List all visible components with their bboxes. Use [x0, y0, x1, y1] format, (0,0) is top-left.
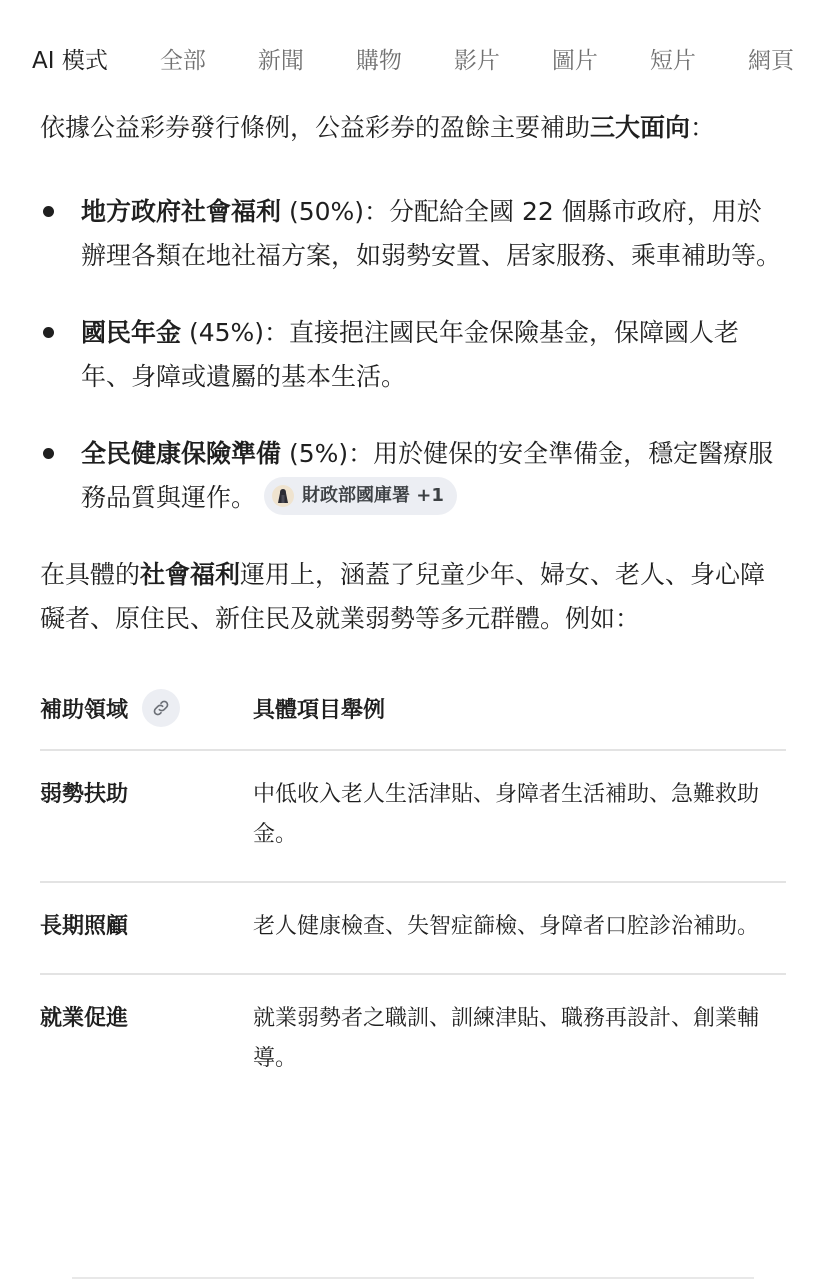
bullet-pct: (50%) [281, 197, 364, 226]
tab-ai-mode[interactable]: AI 模式 [32, 42, 108, 75]
table-header-row: 補助領域 具體項目舉例 [40, 691, 786, 751]
row-domain: 就業促進 [40, 999, 253, 1079]
welfare-paragraph: 在具體的社會福利運用上，涵蓋了兒童少年、婦女、老人、身心障礙者、原住民、新住民及… [40, 553, 786, 641]
row-examples: 就業弱勢者之職訓、訓練津貼、職務再設計、創業輔導。 [253, 999, 786, 1079]
search-tabs: AI 模式 全部 新聞 購物 影片 圖片 短片 網頁 [32, 40, 794, 76]
table-row: 長期照顧 老人健康檢查、失智症篩檢、身障者口腔診治補助。 [40, 883, 786, 975]
list-item: 國民年金 (45%)：直接挹注國民年金保險基金，保障國人老年、身障或遺屬的基本生… [40, 311, 786, 399]
list-item: 地方政府社會福利 (50%)：分配給全國 22 個縣市政府，用於辦理各類在地社福… [40, 190, 786, 278]
table-row: 弱勢扶助 中低收入老人生活津貼、身障者生活補助、急難救助金。 [40, 751, 786, 883]
bullet-dot-icon [43, 206, 54, 217]
welfare-bold: 社會福利 [140, 560, 240, 589]
intro-suffix: ： [690, 113, 715, 142]
tab-short-videos[interactable]: 短片 [650, 42, 696, 75]
bullet-title: 全民健康保險準備 [81, 439, 281, 468]
intro-paragraph: 依據公益彩券發行條例，公益彩券的盈餘主要補助三大面向： [40, 106, 786, 150]
bullet-title: 地方政府社會福利 [81, 197, 281, 226]
tab-videos[interactable]: 影片 [454, 42, 500, 75]
agency-favicon-icon [272, 485, 294, 507]
intro-text: 依據公益彩券發行條例，公益彩券的盈餘主要補助 [40, 113, 590, 142]
tab-web[interactable]: 網頁 [748, 42, 794, 75]
link-icon[interactable] [142, 689, 180, 727]
row-domain: 長期照顧 [40, 907, 253, 947]
table-row: 就業促進 就業弱勢者之職訓、訓練津貼、職務再設計、創業輔導。 [40, 975, 786, 1105]
row-examples: 中低收入老人生活津貼、身障者生活補助、急難救助金。 [253, 775, 786, 855]
intro-bold: 三大面向 [590, 113, 690, 142]
row-domain: 弱勢扶助 [40, 775, 253, 855]
bullet-pct: (5%) [281, 439, 348, 468]
bullet-dot-icon [43, 327, 54, 338]
ai-answer: 依據公益彩券發行條例，公益彩券的盈餘主要補助三大面向： 地方政府社會福利 (50… [40, 106, 786, 1105]
row-examples: 老人健康檢查、失智症篩檢、身障者口腔診治補助。 [253, 907, 786, 947]
bullet-dot-icon [43, 448, 54, 459]
source-chip[interactable]: 財政部國庫署 +1 [264, 477, 457, 515]
header-cell-examples: 具體項目舉例 [253, 691, 786, 731]
header-cell-domain: 補助領域 [40, 691, 253, 731]
subsidy-table: 補助領域 具體項目舉例 弱勢扶助 中低收入老人生活津貼、身障者生活補助、急難救助… [40, 691, 786, 1105]
tab-shopping[interactable]: 購物 [356, 42, 402, 75]
tab-all[interactable]: 全部 [160, 42, 206, 75]
allocation-list: 地方政府社會福利 (50%)：分配給全國 22 個縣市政府，用於辦理各類在地社福… [40, 190, 786, 520]
header-domain-label: 補助領域 [40, 691, 140, 731]
tab-news[interactable]: 新聞 [258, 42, 304, 75]
list-item: 全民健康保險準備 (5%)：用於健保的安全準備金，穩定醫療服務品質與運作。財政部… [40, 432, 786, 520]
bullet-title: 國民年金 [81, 318, 181, 347]
bottom-divider [72, 1277, 754, 1279]
bullet-pct: (45%) [181, 318, 264, 347]
tab-images[interactable]: 圖片 [552, 42, 598, 75]
source-chip-label: 財政部國庫署 +1 [302, 477, 444, 515]
welfare-prefix: 在具體的 [40, 560, 140, 589]
